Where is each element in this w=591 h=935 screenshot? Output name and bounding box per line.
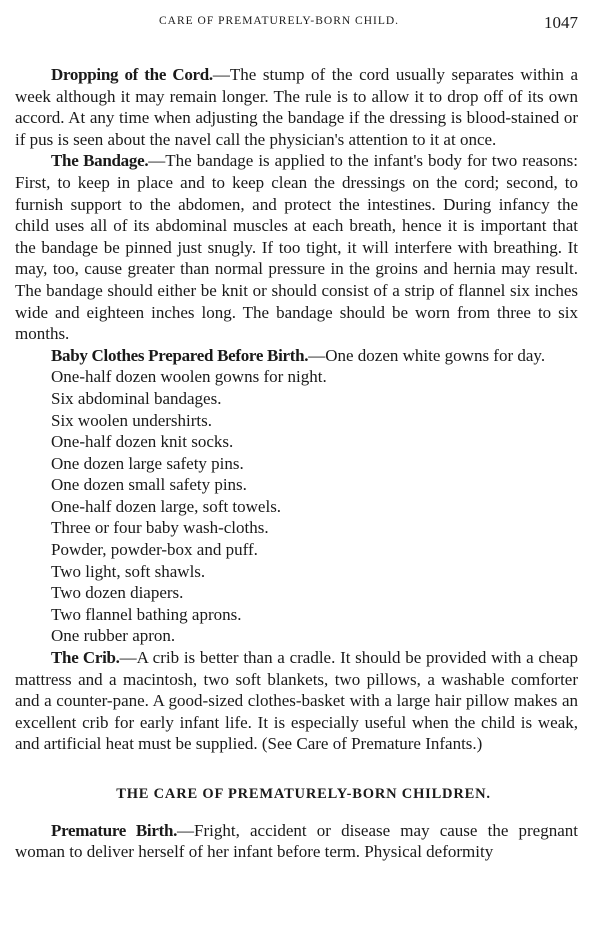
paragraph-bandage: The Bandage.—The bandage is applied to t… (15, 150, 578, 344)
run-in-heading: Premature Birth. (51, 821, 177, 840)
page-number: 1047 (544, 13, 578, 33)
paragraph-text: —The bandage is applied to the infant's … (15, 151, 578, 343)
paragraph-crib: The Crib.—A crib is better than a cradle… (15, 647, 578, 755)
list-item: Baby Clothes Prepared Before Birth.—One … (15, 345, 578, 367)
list-item: One dozen large safety pins. (15, 453, 578, 475)
list-item: One-half dozen large, soft towels. (15, 496, 578, 518)
run-in-heading: The Crib. (51, 648, 120, 667)
list-item: Two flannel bathing aprons. (15, 604, 578, 626)
running-title: CARE OF PREMATURELY-BORN CHILD. (159, 15, 399, 27)
list-item: Three or four baby wash-cloths. (15, 517, 578, 539)
list-item: Two light, soft shawls. (15, 561, 578, 583)
running-head: CARE OF PREMATURELY-BORN CHILD. 1047 (15, 13, 578, 33)
run-in-heading: Baby Clothes Prepared Before Birth. (51, 346, 308, 365)
paragraph-dropping-of-cord: Dropping of the Cord.—The stump of the c… (15, 64, 578, 150)
baby-clothes-list: Baby Clothes Prepared Before Birth.—One … (15, 345, 578, 647)
list-item: One dozen small safety pins. (15, 474, 578, 496)
list-item: Six woolen undershirts. (15, 410, 578, 432)
list-item-text: —One dozen white gowns for day. (308, 346, 545, 365)
list-item: One-half dozen woolen gowns for night. (15, 366, 578, 388)
list-item: One rubber apron. (15, 625, 578, 647)
list-item: Six abdominal bandages. (15, 388, 578, 410)
run-in-heading: The Bandage. (51, 151, 148, 170)
list-item: Two dozen diapers. (15, 582, 578, 604)
body-text: Dropping of the Cord.—The stump of the c… (15, 64, 578, 863)
paragraph-premature-birth: Premature Birth.—Fright, accident or dis… (15, 820, 578, 863)
run-in-heading: Dropping of the Cord. (51, 65, 213, 84)
list-item: One-half dozen knit socks. (15, 431, 578, 453)
chapter-heading: THE CARE OF PREMATURELY-BORN CHILDREN. (15, 784, 578, 806)
list-item: Powder, powder-box and puff. (15, 539, 578, 561)
